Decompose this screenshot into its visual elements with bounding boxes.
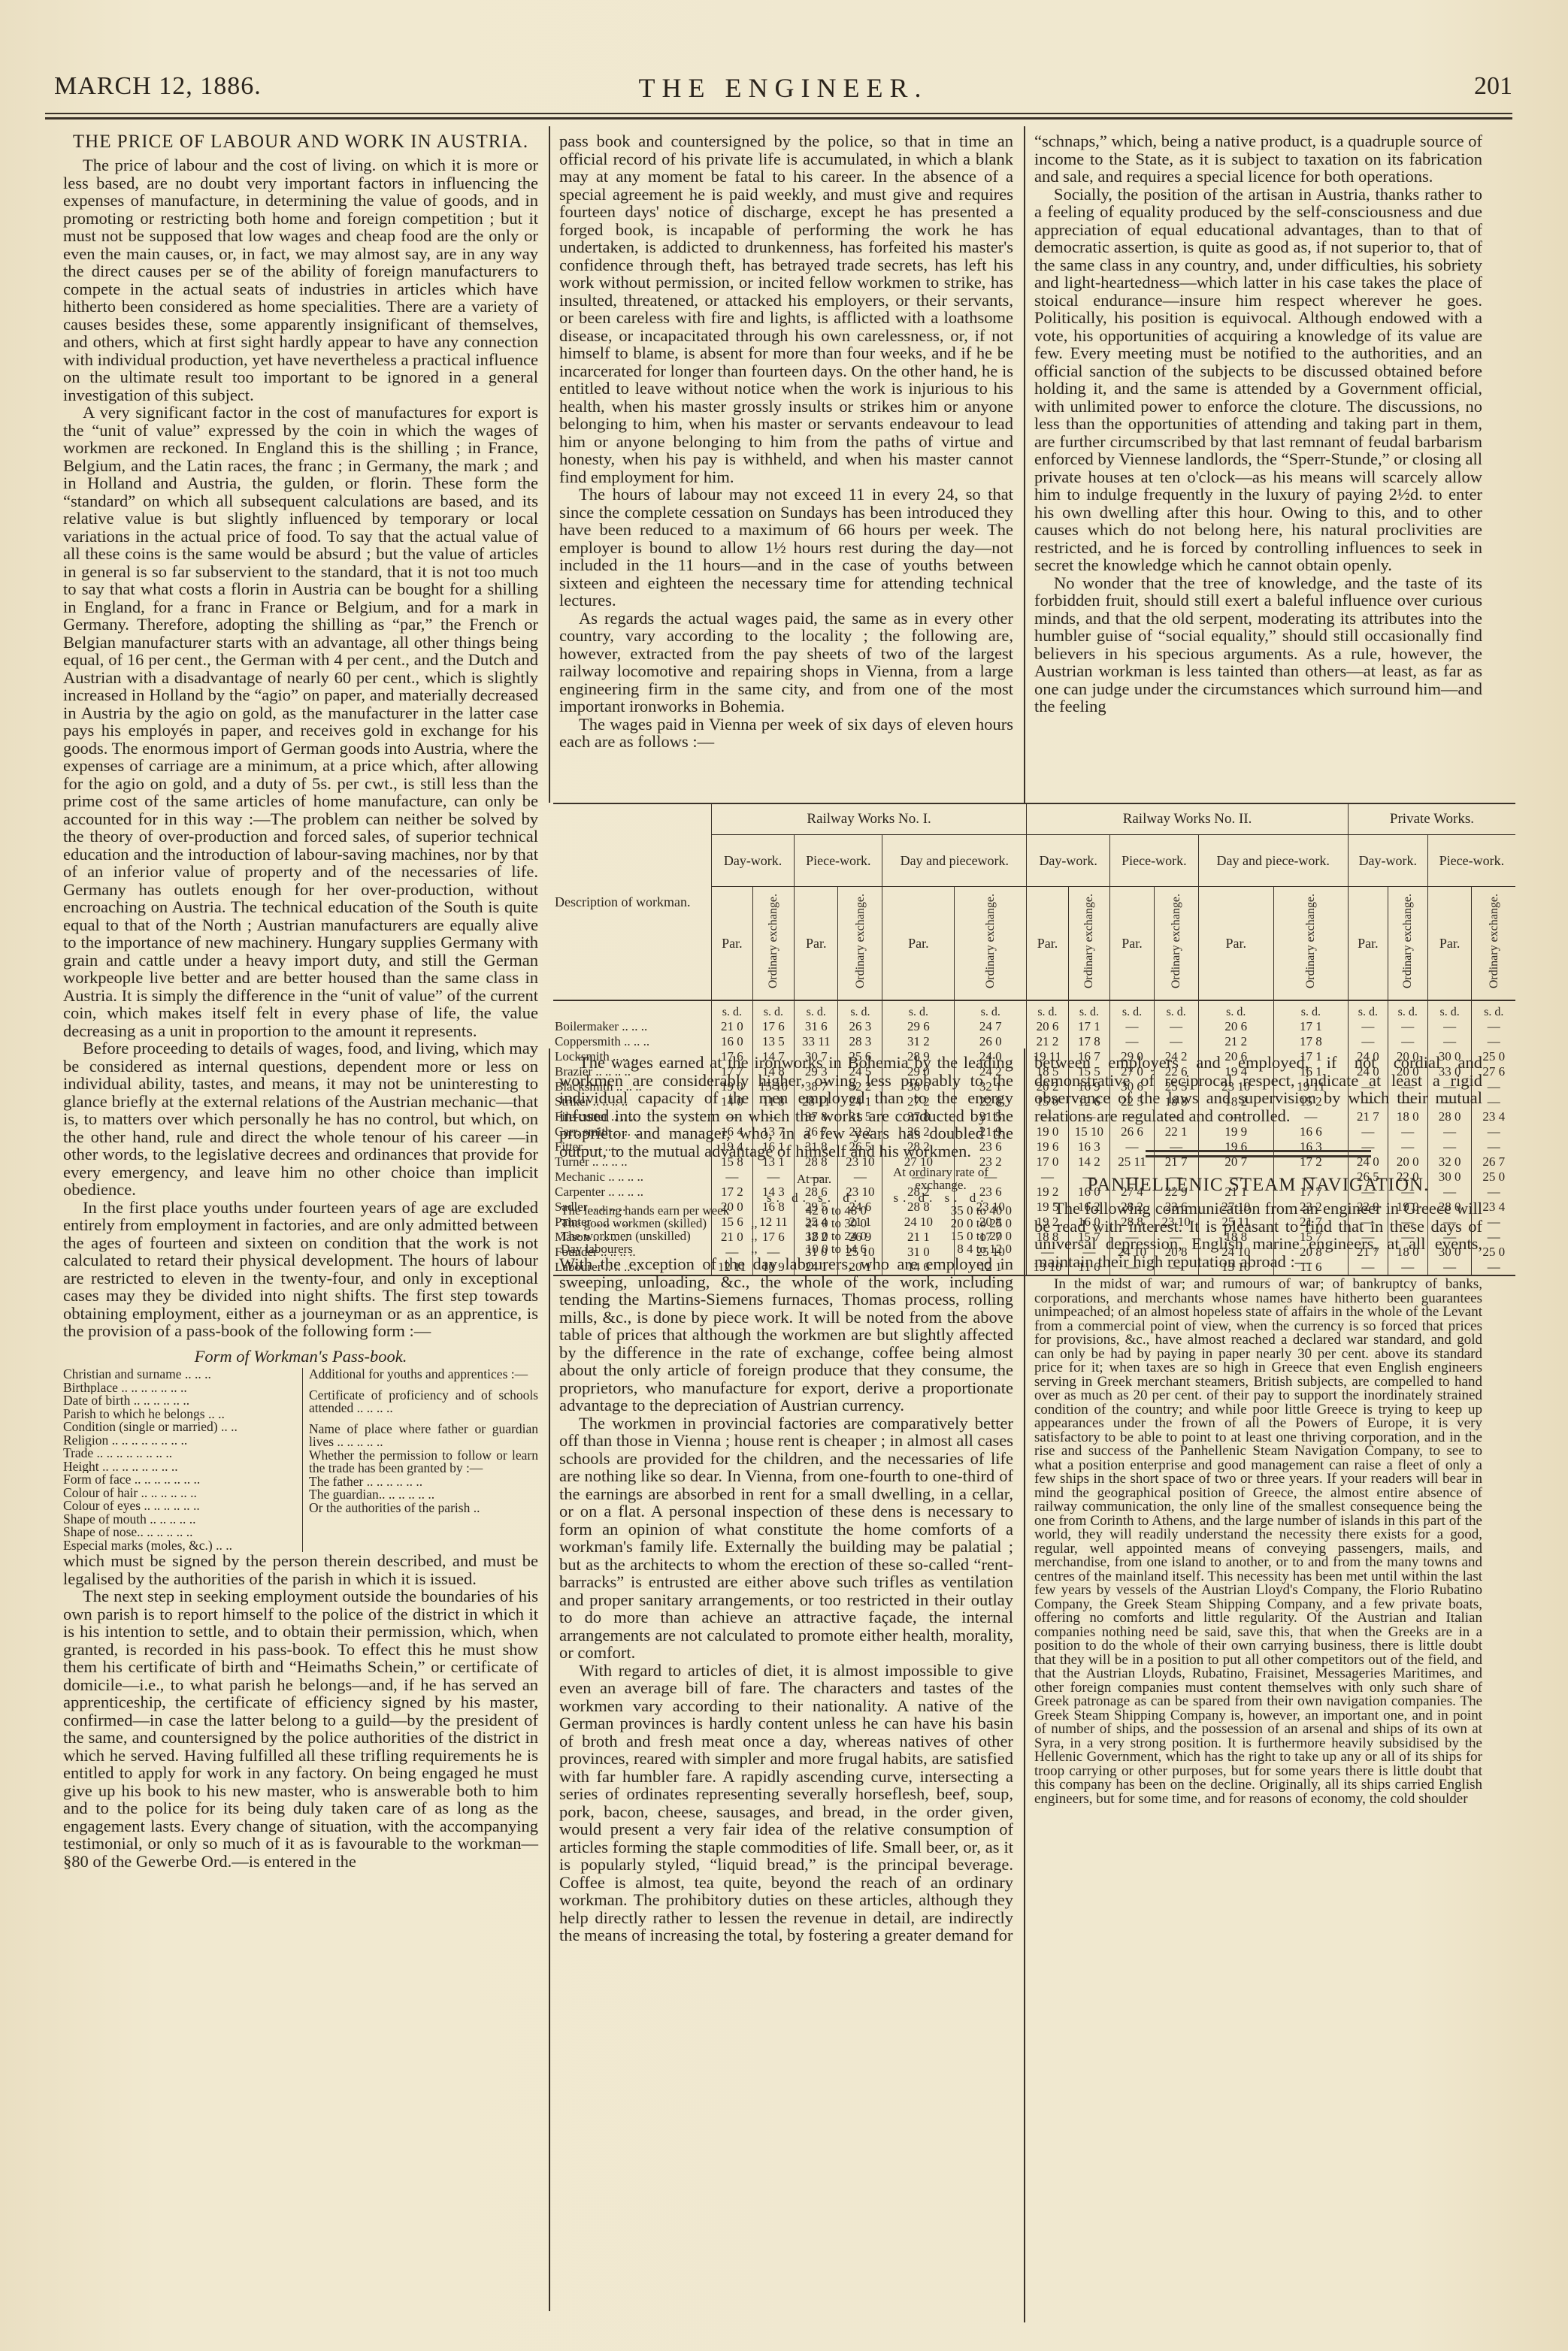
paragraph: No wonder that the tree of knowledge, an…: [1034, 574, 1482, 716]
wage-cell: —: [1154, 1019, 1198, 1034]
exchange-header: Ordinary exchange.: [1472, 887, 1515, 1001]
page-number: 201: [1474, 72, 1512, 101]
unit-label: s. d.: [1110, 1000, 1155, 1019]
units-row: s. d.s. d.s. d.s. d.s. d.s. d.s. d.s. d.…: [553, 1000, 1515, 1019]
column-2-bottom: The wages earned at the ironworks in Boh…: [559, 1054, 1013, 1944]
wage-cell: 17 8: [1273, 1034, 1348, 1049]
par-header: Par.: [882, 887, 955, 1001]
wage-cell: 17 8: [1068, 1034, 1109, 1049]
passbook-field: Condition (single or married) .. ..: [63, 1421, 298, 1434]
passbook-field: Date of birth .. .. .. .. .. ..: [63, 1394, 298, 1408]
wage-cell: 26 0: [955, 1034, 1027, 1049]
wage-cell: —: [1348, 1019, 1388, 1034]
newspaper-page: MARCH 12, 1886. THE ENGINEER. 201 THE PR…: [0, 0, 1568, 2351]
par-header: Par.: [1110, 887, 1155, 1001]
column-3-top: “schnaps,” which, being a native product…: [1034, 132, 1482, 716]
table-row: Coppersmith .. .. ..16 013 533 1128 331 …: [553, 1034, 1515, 1049]
table-row: Boilermaker .. .. ..21 017 631 626 329 6…: [553, 1019, 1515, 1034]
wage-cell: 33 11: [795, 1034, 838, 1049]
exchange-header: Ordinary exchange.: [838, 887, 882, 1001]
wage-cell: —: [1154, 1034, 1198, 1049]
passbook-field: Especial marks (moles, &c.) .. ..: [63, 1539, 298, 1553]
paragraph: The workmen in provincial factories are …: [559, 1415, 1013, 1662]
wage-cell: 20 6: [1198, 1019, 1273, 1034]
paragraph: Socially, the position of the artisan in…: [1034, 186, 1482, 574]
exchange-header: Ordinary exchange.: [1273, 887, 1348, 1001]
article-title: PANHELLENIC STEAM NAVIGATION.: [1034, 1175, 1482, 1195]
unit-label: s. d.: [1027, 1000, 1068, 1019]
units: s. d. s. d.: [868, 1191, 1013, 1204]
group-header-private: Private Works.: [1348, 804, 1515, 835]
passbook-form: Christian and surname .. .. .. Birthplac…: [63, 1368, 538, 1552]
passbook-field: Christian and surname .. .. ..: [63, 1368, 298, 1381]
subgroup-header: Day-work.: [1348, 835, 1427, 887]
paragraph: The next step in seeking employment outs…: [63, 1587, 538, 1870]
subgroup-header: Piece-work.: [1110, 835, 1198, 887]
passbook-field: Trade .. .. .. .. .. .. .. ..: [63, 1447, 298, 1460]
passbook-right-fields: Additional for youths and apprentices :—…: [303, 1368, 538, 1552]
bohemia-row: Day labourers,, 10 0 to 14 6 8 4 to 12 0: [559, 1242, 1013, 1255]
passbook-field: Parish to which he belongs .. ..: [63, 1408, 298, 1421]
par-header: Par.: [1198, 887, 1273, 1001]
passbook-title: Form of Workman's Pass-book.: [63, 1348, 538, 1366]
unit-label: s. d.: [1388, 1000, 1427, 1019]
subgroup-header: Day and piecework.: [882, 835, 1027, 887]
header-rule: [45, 113, 1512, 114]
unit-label: s. d.: [1154, 1000, 1198, 1019]
bohemia-wages-table: At par. At ordinary rate of exchange. s.…: [559, 1166, 1013, 1255]
exchange-header: Ordinary exchange.: [1068, 887, 1109, 1001]
paragraph: With regard to articles of diet, it is a…: [559, 1662, 1013, 1944]
unit-label: s. d.: [752, 1000, 794, 1019]
wage-cell: 24 7: [955, 1019, 1027, 1034]
units: s. d. s. d.: [760, 1191, 868, 1204]
wage-cell: —: [1388, 1019, 1427, 1034]
passbook-field: Shape of mouth .. .. .. .. ..: [63, 1513, 298, 1526]
wage-cell: 29 6: [882, 1019, 955, 1034]
passbook-field: The father .. .. .. .. .. ..: [309, 1475, 538, 1489]
workman-type: Boilermaker .. .. ..: [553, 1019, 712, 1034]
exchange-header: Ordinary exchange.: [1388, 887, 1427, 1001]
wage-cell: 26 3: [838, 1019, 882, 1034]
subgroup-header: Day and piece-work.: [1198, 835, 1348, 887]
paragraph: The wages paid in Vienna per week of six…: [559, 716, 1013, 751]
par-header: Par.: [795, 887, 838, 1001]
unit-label: s. d.: [712, 1000, 753, 1019]
bohemia-row: The good workmen (skilled),, 24 0 to 30 …: [559, 1217, 1013, 1230]
column-divider: [1024, 126, 1025, 803]
paragraph: As regards the actual wages paid, the sa…: [559, 610, 1013, 716]
wage-cell: —: [1472, 1019, 1515, 1034]
column-divider: [549, 126, 550, 803]
unit-label: s. d.: [1273, 1000, 1348, 1019]
wage-cell: 20 6: [1027, 1019, 1068, 1034]
passbook-field: Colour of hair .. .. .. .. .. ..: [63, 1487, 298, 1500]
wage-cell: 17 1: [1068, 1019, 1109, 1034]
column-3-bottom: between employers and employed, if not c…: [1034, 1054, 1482, 1806]
exchange-header: Ordinary exchange.: [1154, 887, 1198, 1001]
passbook-field: Form of face .. .. .. .. .. .. ..: [63, 1473, 298, 1487]
passbook-field: Shape of nose.. .. .. .. .. ..: [63, 1526, 298, 1539]
wage-cell: —: [1388, 1034, 1427, 1049]
paragraph: between employers and employed, if not c…: [1034, 1054, 1482, 1124]
paragraph: With the exception of the day labourers,…: [559, 1255, 1013, 1415]
passbook-field: Colour of eyes .. .. .. .. .. ..: [63, 1499, 298, 1513]
wage-cell: —: [1427, 1019, 1472, 1034]
passbook-field: Religion .. .. .. .. .. .. .. ..: [63, 1434, 298, 1448]
group-header-railway-1: Railway Works No. I.: [712, 804, 1027, 835]
masthead: MARCH 12, 1886. THE ENGINEER. 201: [54, 72, 1512, 102]
quoted-letter: In the midst of war; and rumours of war;…: [1034, 1278, 1482, 1806]
column-divider: [549, 1048, 550, 2311]
paragraph: The wages earned at the ironworks in Boh…: [559, 1054, 1013, 1160]
passbook-spacer: [309, 1415, 538, 1423]
passbook-field: Whether the permission to follow or lear…: [309, 1449, 538, 1475]
par-header: Par.: [712, 887, 753, 1001]
letter-text: In the midst of war; and rumours of war;…: [1034, 1278, 1482, 1806]
bohemia-units: s. d. s. d. s. d. s. d.: [559, 1191, 1013, 1204]
passbook-field: Certificate of proficiency and of school…: [309, 1389, 538, 1415]
paragraph: which must be signed by the person there…: [63, 1552, 538, 1587]
header-rule-thick: [45, 117, 1512, 120]
par-header: Par.: [1348, 887, 1388, 1001]
article-title: THE PRICE OF LABOUR AND WORK IN AUSTRIA.: [63, 132, 538, 152]
passbook-field: Height .. .. .. .. .. .. .. ..: [63, 1460, 298, 1474]
workman-type: Coppersmith .. .. ..: [553, 1034, 712, 1049]
par-header: Par.: [1027, 887, 1068, 1001]
ordinary-rate-header: At ordinary rate of exchange.: [868, 1166, 1013, 1191]
par-header: Par.: [1427, 887, 1472, 1001]
subgroup-header: Day-work.: [1027, 835, 1110, 887]
paragraph: The following communication from an engi…: [1034, 1200, 1482, 1270]
wage-cell: 28 3: [838, 1034, 882, 1049]
wage-cell: 21 2: [1027, 1034, 1068, 1049]
wage-cell: 21 0: [712, 1019, 753, 1034]
passbook-field: Birthplace .. .. .. .. .. .. ..: [63, 1381, 298, 1395]
paragraph: pass book and countersigned by the polic…: [559, 132, 1013, 486]
unit-label: s. d.: [1427, 1000, 1472, 1019]
paragraph: Before proceeding to details of wages, f…: [63, 1039, 538, 1199]
wage-cell: —: [1348, 1034, 1388, 1049]
group-header-railway-2: Railway Works No. II.: [1027, 804, 1349, 835]
paragraph: The price of labour and the cost of livi…: [63, 156, 538, 404]
exchange-header: Ordinary exchange.: [752, 887, 794, 1001]
unit-label: s. d.: [838, 1000, 882, 1019]
passbook-field: Additional for youths and apprentices :—: [309, 1368, 538, 1381]
wage-cell: 31 2: [882, 1034, 955, 1049]
paragraph: The hours of labour may not exceed 11 in…: [559, 486, 1013, 610]
subgroup-header: Piece-work.: [1427, 835, 1515, 887]
bohemia-row: The leading hands earn per week 42 0 to …: [559, 1204, 1013, 1217]
subgroup-header: Piece-work.: [795, 835, 882, 887]
unit-label: s. d.: [955, 1000, 1027, 1019]
section-divider: [1146, 1150, 1371, 1157]
passbook-left-fields: Christian and surname .. .. .. Birthplac…: [63, 1368, 303, 1552]
bohemia-row: The workmen (unskilled),, 18 0 to 24 0 1…: [559, 1230, 1013, 1242]
unit-label: s. d.: [882, 1000, 955, 1019]
wage-cell: —: [1110, 1019, 1155, 1034]
unit-label: s. d.: [1198, 1000, 1273, 1019]
wage-cell: 31 6: [795, 1019, 838, 1034]
passbook-field: Name of place where father or guardian l…: [309, 1423, 538, 1449]
publication-title: THE ENGINEER.: [54, 72, 1512, 104]
wage-cell: —: [1472, 1034, 1515, 1049]
wage-cell: 13 5: [752, 1034, 794, 1049]
paragraph: “schnaps,” which, being a native product…: [1034, 132, 1482, 186]
passbook-field: The guardian.. .. .. .. .. ..: [309, 1488, 538, 1502]
column-1: THE PRICE OF LABOUR AND WORK IN AUSTRIA.…: [63, 132, 538, 1870]
wage-cell: 17 1: [1273, 1019, 1348, 1034]
subgroup-header: Day-work.: [712, 835, 795, 887]
unit-label: s. d.: [1472, 1000, 1515, 1019]
unit-label: s. d.: [1348, 1000, 1388, 1019]
description-header: Description of workman.: [553, 804, 712, 1000]
wage-cell: —: [1110, 1034, 1155, 1049]
paragraph: In the first place youths under fourteen…: [63, 1199, 538, 1340]
unit-label: s. d.: [1068, 1000, 1109, 1019]
paragraph: A very significant factor in the cost of…: [63, 404, 538, 1039]
wage-cell: 21 2: [1198, 1034, 1273, 1049]
passbook-field: Or the authorities of the parish ..: [309, 1502, 538, 1515]
unit-label: s. d.: [795, 1000, 838, 1019]
at-par-header: At par.: [760, 1166, 868, 1191]
wage-cell: 17 6: [752, 1019, 794, 1034]
wage-cell: 16 0: [712, 1034, 753, 1049]
wage-cell: —: [1427, 1034, 1472, 1049]
passbook-spacer: [309, 1381, 538, 1389]
column-2-top: pass book and countersigned by the polic…: [559, 132, 1013, 751]
exchange-header: Ordinary exchange.: [955, 887, 1027, 1001]
